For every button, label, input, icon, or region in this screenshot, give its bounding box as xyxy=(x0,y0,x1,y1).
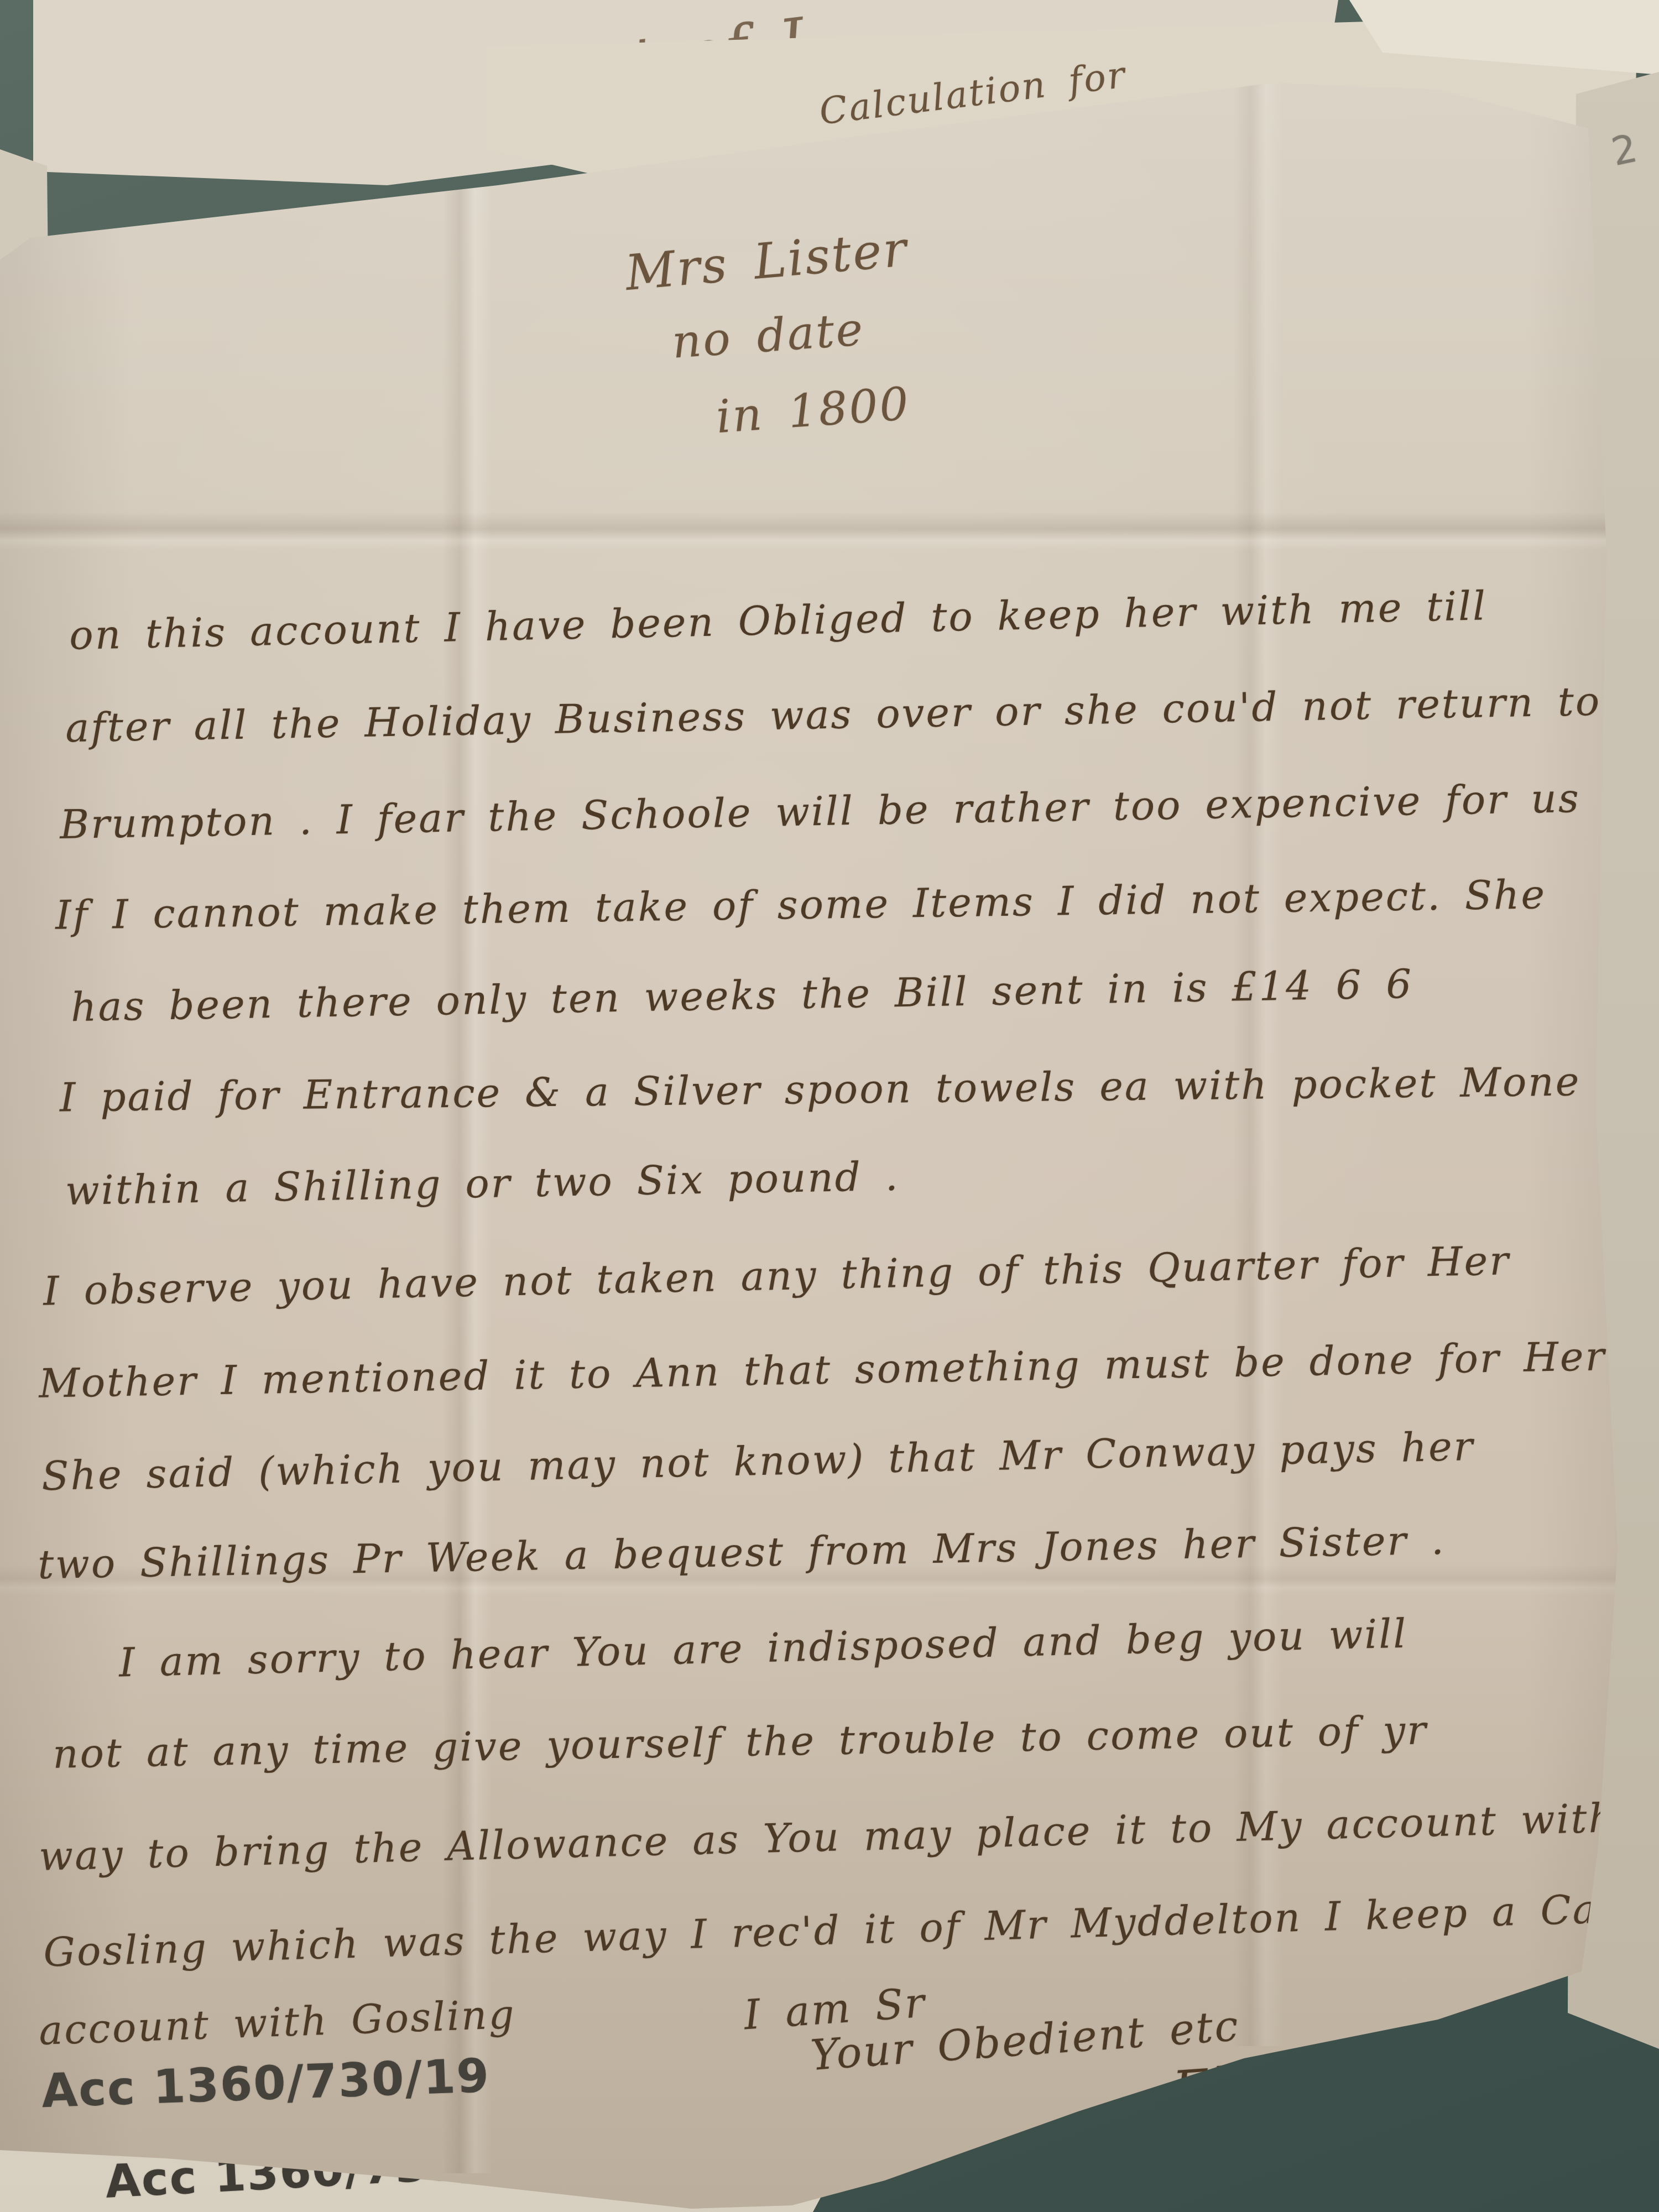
body-line-8: I observe you have not taken any thing o… xyxy=(43,1237,1510,1314)
body-line-15: Gosling which was the way I rec'd it of … xyxy=(43,1885,1648,1976)
body-line-10: She said (which you may not know) that M… xyxy=(41,1423,1474,1499)
archivist-note-nodate: no date xyxy=(670,303,866,369)
letter-archive-reference: Acc 1360/730/19 xyxy=(41,2048,491,2118)
photograph-of-letter: Acct of J Calculation for Divd recd 2 HC… xyxy=(0,0,1659,2212)
body-line-4: If I cannot make them take of some Items… xyxy=(55,871,1547,938)
letter-sheet: Mrs Lister no date in 1800 on this accou… xyxy=(0,0,1659,2212)
body-line-3: Brumpton . I fear the Schoole will be ra… xyxy=(59,775,1580,848)
body-line-2: after all the Holiday Business was over … xyxy=(65,678,1601,751)
body-line-5: has been there only ten weeks the Bill s… xyxy=(70,961,1413,1030)
body-line-1: on this account I have been Obliged to k… xyxy=(69,582,1488,659)
body-line-9: Mother I mentioned it to Ann that someth… xyxy=(38,1333,1606,1406)
body-line-7: within a Shilling or two Six pound . xyxy=(65,1153,900,1214)
body-line-14: way to bring the Allowance as You may pl… xyxy=(38,1794,1616,1880)
body-line-6: I paid for Entrance & a Silver spoon tow… xyxy=(60,1058,1581,1121)
body-line-11: two Shillings Pr Week a bequest from Mrs… xyxy=(37,1517,1446,1588)
body-line-12: I am sorry to hear You are indisposed an… xyxy=(118,1610,1408,1686)
fold-crease-horizontal-upper xyxy=(0,512,1659,550)
right-edge-pencil-mark: 2 xyxy=(1608,125,1644,175)
body-line-13: not at any time give yourself the troubl… xyxy=(52,1707,1428,1777)
body-line-16: account with Gosling xyxy=(38,1991,517,2054)
archivist-note-year: in 1800 xyxy=(714,378,912,444)
archivist-note-name: Mrs Lister xyxy=(623,220,910,301)
